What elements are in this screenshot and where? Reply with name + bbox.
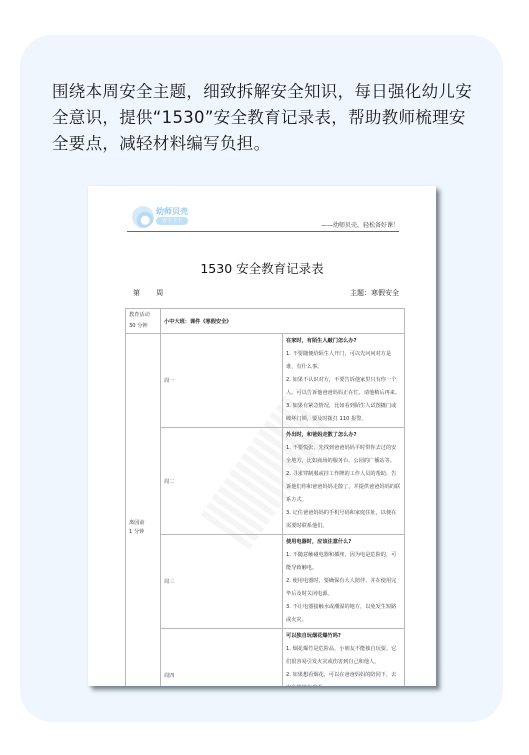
day-content: 可以独自玩烟花爆竹吗? 1. 烟花爆竹是危险品，小朋友不能独自玩耍。它们很容易引… xyxy=(283,629,405,687)
dismissal-label-cell: 离园前 1 分钟 xyxy=(126,334,161,687)
slogan: ——幼师贝壳，轻松备好课！ xyxy=(321,220,399,229)
day-item: 3. 不让电器接触水或潮湿的地方，以免发生短路或火灾。 xyxy=(286,601,401,627)
activity-duration: 30 分钟 xyxy=(129,321,157,332)
day-item: 1. 烟花爆竹是危险品，小朋友不能独自玩耍。它们很容易引发火灾或伤害到自己和他人… xyxy=(286,643,401,669)
day-question: 在家时，有陌生人敲门怎么办? xyxy=(286,335,401,348)
day-item: 1. 不随意触碰电器和插座，因为电是危险的，可能导致触电。 xyxy=(286,549,401,575)
day-item: 2. 如果想看烟花，可以在爸爸妈妈的陪同下，去安全的地方观看。 xyxy=(286,669,401,686)
table-row: 周二 外出时，和爸妈走散了怎么办? 1. 不要慌张，先找到爸爸妈妈平时带你去过的… xyxy=(126,428,405,535)
day-cell: 周二 xyxy=(161,428,283,535)
day-cell: 周四 xyxy=(161,629,283,687)
brand-logo: 幼师贝壳 安全卫士 xyxy=(132,206,202,228)
week-label-prefix: 第 xyxy=(133,289,140,297)
day-item: 1. 不要随便给陌生人开门，可以先问问对方是谁，有什么事。 xyxy=(286,348,401,374)
table-row: 周四 可以独自玩烟花爆竹吗? 1. 烟花爆竹是危险品，小朋友不能独自玩耍。它们很… xyxy=(126,629,405,687)
day-content: 外出时，和爸妈走散了怎么办? 1. 不要慌张，先找到爸爸妈妈平时带你去过的安全地… xyxy=(283,428,405,535)
day-item: 2. 如果不认识对方，不要告诉他家里只有你一个人。可以告诉他爸爸妈妈正在忙，请他… xyxy=(286,374,401,400)
day-question: 外出时，和爸妈走散了怎么办? xyxy=(286,429,401,442)
week-theme-line: 第 周 主题：寒假安全 xyxy=(133,288,399,298)
day-cell: 周三 xyxy=(161,535,283,629)
day-question: 可以独自玩烟花爆竹吗? xyxy=(286,630,401,643)
dismissal-label: 离园前 xyxy=(129,519,157,528)
logo-name: 幼师贝壳 xyxy=(156,206,188,217)
theme-label: 主题：寒假安全 xyxy=(350,288,399,298)
day-item: 2. 寻求穿制服或挂工作牌的工作人员的帮助，告诉他们你和爸爸妈妈走散了，并提供爸… xyxy=(286,468,401,507)
document-title: 1530 安全教育记录表 xyxy=(88,259,436,277)
day-item: 3. 如果有紧急情况，比如看到陌生人试图撬门或破坏门锁，要及时拨打 110 报警… xyxy=(286,400,401,426)
day-item: 1. 不要慌张，先找到爸爸妈妈平时带你去过的安全地方，比如商场的服务台、公园的广… xyxy=(286,442,401,468)
day-item: 3. 记住爸爸妈妈的手机号码和家庭住址，以便在需要时联系他们。 xyxy=(286,507,401,533)
safety-record-table: 教育活动 30 分钟 小中大班：课件《寒假安全》 离园前 1 分钟 周一 在家时… xyxy=(125,308,405,686)
day-question: 使用电器时，应该注意什么? xyxy=(286,536,401,549)
table-row: 教育活动 30 分钟 小中大班：课件《寒假安全》 xyxy=(126,309,405,334)
intro-text: 围绕本周安全主题，细致拆解安全知识，每日强化幼儿安全意识，提供“1530”安全教… xyxy=(52,79,482,157)
day-content: 使用电器时，应该注意什么? 1. 不随意触碰电器和插座，因为电是危险的，可能导致… xyxy=(283,535,405,629)
logo-subtitle: 安全卫士 xyxy=(156,217,188,225)
header-divider xyxy=(127,231,399,232)
activity-content: 小中大班：课件《寒假安全》 xyxy=(161,309,405,334)
table-row: 周三 使用电器时，应该注意什么? 1. 不随意触碰电器和插座，因为电是危险的，可… xyxy=(126,535,405,629)
shell-logo-icon xyxy=(132,206,154,228)
day-cell: 周一 xyxy=(161,334,283,428)
week-label-suffix: 周 xyxy=(156,289,163,297)
activity-label: 教育活动 xyxy=(129,310,157,321)
day-content: 在家时，有陌生人敲门怎么办? 1. 不要随便给陌生人开门，可以先问问对方是谁，有… xyxy=(283,334,405,428)
day-item: 2. 使用电器时，要确保有大人陪伴，并在使用完毕后及时关闭电源。 xyxy=(286,575,401,601)
table-row: 离园前 1 分钟 周一 在家时，有陌生人敲门怎么办? 1. 不要随便给陌生人开门… xyxy=(126,334,405,428)
dismissal-duration: 1 分钟 xyxy=(129,528,157,537)
document-preview: 幼师贝壳 安全卫士 ——幼师贝壳，轻松备好课！ 1530 安全教育记录表 第 周… xyxy=(88,186,436,686)
activity-label-cell: 教育活动 30 分钟 xyxy=(126,309,161,334)
